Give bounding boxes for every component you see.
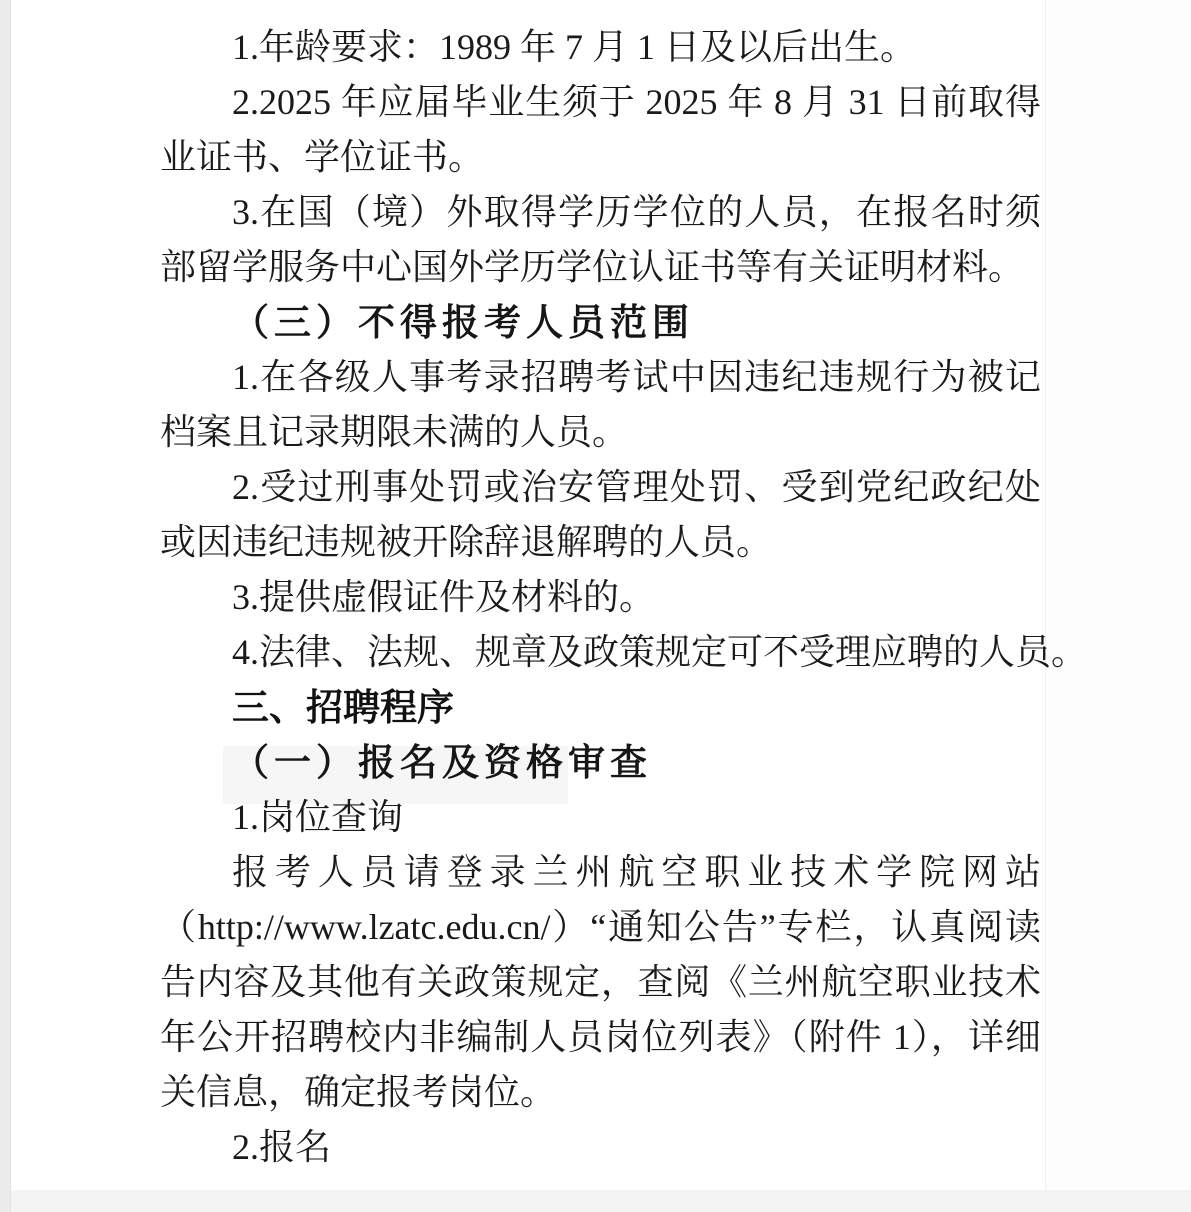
text-line: 1.在各级人事考录招聘考试中因违纪违规行为被记入诚信 — [160, 350, 1041, 405]
text-line: 年公开招聘校内非编制人员岗位列表》（附件 1），详细了解有 — [160, 1010, 1041, 1065]
text-line: 1.岗位查询 — [160, 790, 1041, 845]
subsection-heading: （三）不得报考人员范围 — [160, 295, 1041, 350]
subsection-heading: （一）报名及资格审查 — [160, 735, 1041, 790]
text-line: 3.在国（境）外取得学历学位的人员，在报名时须提供教育 — [160, 185, 1041, 240]
page-bottom-margin — [11, 1190, 1191, 1212]
text-line: 1.年龄要求：1989 年 7 月 1 日及以后出生。 — [160, 20, 1041, 75]
page-right-margin — [1057, 0, 1191, 1190]
text-line: 关信息，确定报考岗位。 — [160, 1065, 1041, 1120]
document-viewer: 1.年龄要求：1989 年 7 月 1 日及以后出生。2.2025 年应届毕业生… — [0, 0, 1191, 1212]
text-line: 部留学服务中心国外学历学位认证书等有关证明材料。 — [160, 240, 1041, 295]
text-line: 2.受过刑事处罚或治安管理处罚、受到党纪政纪处分期未满 — [160, 460, 1041, 515]
document-page: 1.年龄要求：1989 年 7 月 1 日及以后出生。2.2025 年应届毕业生… — [11, 0, 1046, 1190]
text-line: 或因违纪违规被开除辞退解聘的人员。 — [160, 515, 1041, 570]
text-line: 报考人员请登录兰州航空职业技术学院网站 — [160, 845, 1041, 900]
text-line: 4.法律、法规、规章及政策规定可不受理应聘的人员。 — [160, 625, 1041, 680]
text-line: 业证书、学位证书。 — [160, 130, 1041, 185]
text-line: 2.2025 年应届毕业生须于 2025 年 8 月 31 日前取得相应毕 — [160, 75, 1041, 130]
text-line: 档案且记录期限未满的人员。 — [160, 405, 1041, 460]
text-line: （http://www.lzatc.edu.cn/）“通知公告”专栏，认真阅读公 — [160, 900, 1041, 955]
section-heading: 三、招聘程序 — [160, 680, 1041, 735]
text-line: 2.报名 — [160, 1120, 1041, 1175]
text-line: 告内容及其他有关政策规定，查阅《兰州航空职业技术学院 2025 — [160, 955, 1041, 1010]
text-line: 3.提供虚假证件及材料的。 — [160, 570, 1041, 625]
document-body: 1.年龄要求：1989 年 7 月 1 日及以后出生。2.2025 年应届毕业生… — [160, 20, 1041, 1175]
page-left-margin — [0, 0, 11, 1212]
